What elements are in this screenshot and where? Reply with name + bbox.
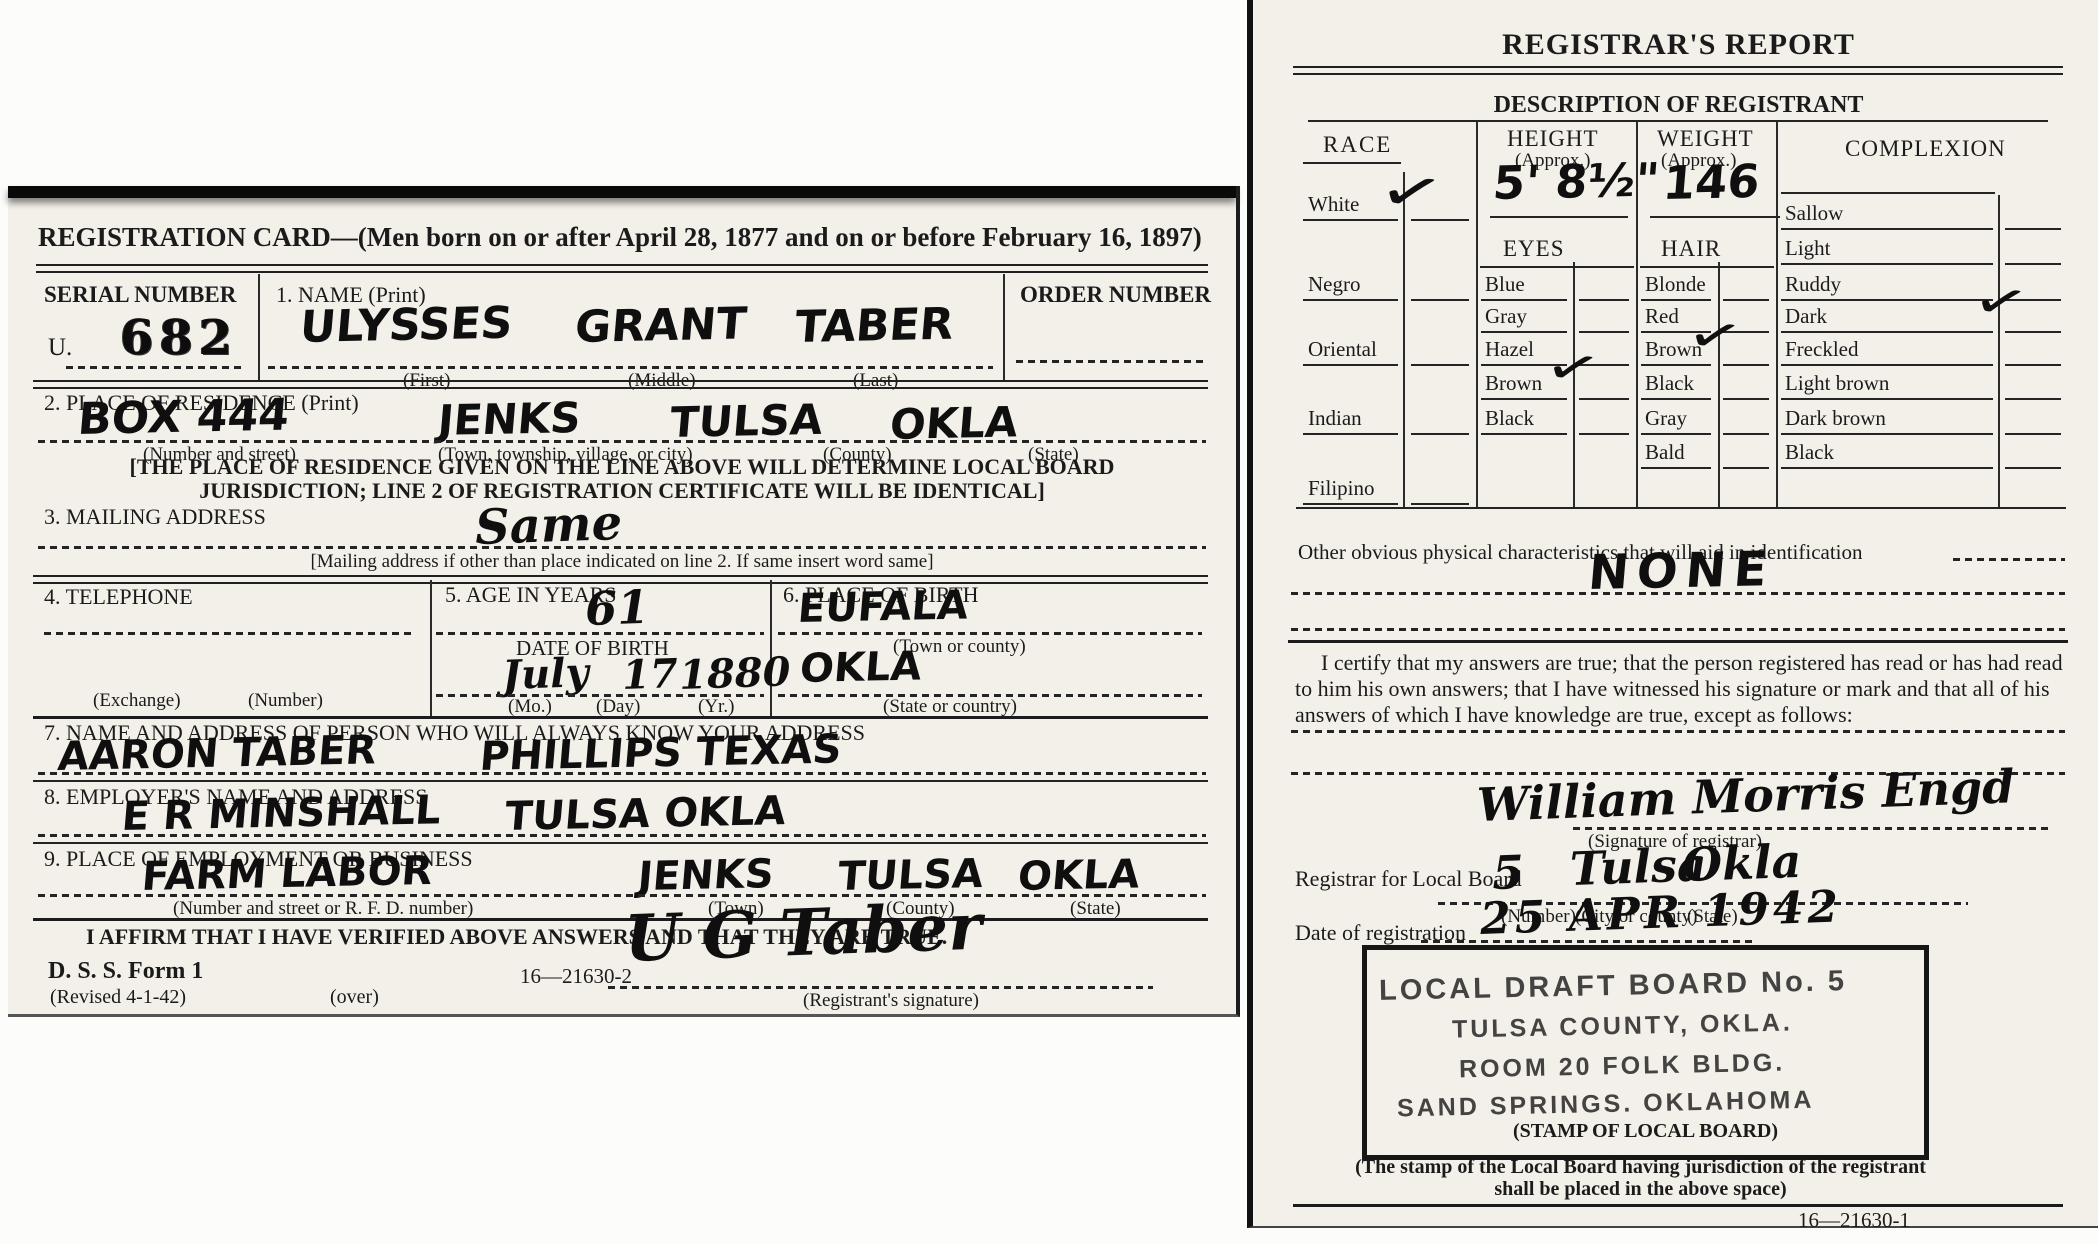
- complexion-option-sallow: Sallow: [1785, 201, 1843, 226]
- rule: [1723, 299, 1769, 301]
- complexion-header: COMPLEXION: [1845, 136, 2006, 162]
- local-board-stamp-box: LOCAL DRAFT BOARD No. 5 TULSA COUNTY, OK…: [1362, 945, 1929, 1160]
- rule: [36, 264, 1208, 273]
- dob-day-value: 17: [621, 650, 678, 699]
- rule: [1781, 192, 1995, 194]
- race-header: RACE: [1323, 132, 1392, 158]
- employment-place-value: FARM LABOR: [140, 848, 434, 900]
- rule: [38, 440, 1206, 443]
- rule: [1781, 331, 1993, 333]
- race-option-indian: Indian: [1308, 406, 1362, 431]
- rule: [1718, 262, 1720, 507]
- employer-name-value: E R MINSHALL: [120, 787, 443, 840]
- rule: [1296, 507, 2066, 509]
- complexion-option-light-brown: Light brown: [1785, 371, 1889, 396]
- rule: [2005, 228, 2061, 230]
- registrars-report-card: REGISTRAR'S REPORT DESCRIPTION OF REGIST…: [1247, 0, 2098, 1228]
- race-option-white: White: [1308, 192, 1359, 217]
- registration-card: REGISTRATION CARD—(Men born on or after …: [8, 186, 1240, 1017]
- rule: [33, 780, 1208, 782]
- rule: [33, 716, 1208, 719]
- rule: [1421, 940, 1753, 943]
- complexion-option-dark-brown: Dark brown: [1785, 406, 1886, 431]
- rule: [1303, 503, 1398, 505]
- rule: [1411, 299, 1469, 301]
- rule: [2005, 433, 2061, 435]
- stamp-line-2: TULSA COUNTY, OKLA.: [1452, 1008, 1793, 1044]
- rule: [38, 546, 1206, 549]
- rule: [33, 918, 1208, 921]
- rule: [1776, 122, 1778, 507]
- form-name: D. S. S. Form 1: [48, 958, 203, 985]
- check-icon-hair-brown: ✓: [1682, 307, 1748, 364]
- rule: [1476, 122, 1478, 507]
- rule: [1641, 364, 1711, 366]
- stamp-line-1: LOCAL DRAFT BOARD No. 5: [1379, 965, 1848, 1008]
- rule: [1481, 331, 1567, 333]
- rule: [1303, 433, 1398, 435]
- rule: [1293, 1204, 2063, 1207]
- stamp-caption: (STAMP OF LOCAL BOARD): [1367, 1120, 1924, 1143]
- weight-header: WEIGHT: [1657, 126, 1754, 152]
- stamp-line-3: ROOM 20 FOLK BLDG.: [1459, 1049, 1786, 1085]
- jurisdiction-note-line2: JURISDICTION; LINE 2 OF REGISTRATION CER…: [8, 478, 1236, 504]
- rule: [268, 366, 993, 369]
- form-code-back: 16—21630-1: [1798, 1208, 1910, 1233]
- employment-town-value: JENKS: [636, 851, 776, 900]
- rule: [1641, 299, 1711, 301]
- residence-town-value: JENKS: [436, 393, 583, 445]
- serial-prefix: U.: [48, 334, 72, 362]
- complexion-option-ruddy: Ruddy: [1785, 272, 1841, 297]
- telephone-label: 4. TELEPHONE: [44, 584, 193, 610]
- rule: [2005, 364, 2061, 366]
- race-option-filipino: Filipino: [1308, 476, 1375, 501]
- stamp-line-4: SAND SPRINGS. OKLAHOMA: [1397, 1086, 1815, 1124]
- race-option-oriental: Oriental: [1308, 337, 1377, 362]
- scan-edge-top: [8, 186, 1236, 198]
- jurisdiction-note-line1: [THE PLACE OF RESIDENCE GIVEN ON THE LIN…: [8, 454, 1236, 480]
- serial-number-value: 682: [120, 310, 238, 366]
- rule: [1640, 266, 1774, 268]
- rule: [1303, 364, 1398, 366]
- order-number-label: ORDER NUMBER: [1020, 282, 1211, 308]
- rule: [778, 632, 1202, 635]
- employment-sub-state: (State): [1070, 898, 1121, 920]
- mailing-address-label: 3. MAILING ADDRESS: [44, 504, 266, 530]
- complexion-option-dark: Dark: [1785, 304, 1827, 329]
- birthplace-state-value: OKLA: [798, 643, 924, 692]
- rule: [33, 842, 1208, 844]
- rule: [608, 986, 1153, 989]
- birthplace-town-value: EUFALA: [796, 582, 970, 632]
- complexion-option-light: Light: [1785, 236, 1831, 261]
- stamp-note-line1: (The stamp of the Local Board having jur…: [1318, 1156, 1963, 1179]
- rule: [1411, 503, 1469, 505]
- dob-sub-month: (Mo.): [508, 696, 552, 718]
- rule: [2005, 467, 2061, 469]
- local-board-label: Registrar for Local Board: [1295, 866, 1522, 892]
- hair-option-blonde: Blonde: [1645, 272, 1706, 297]
- rule: [1781, 228, 1993, 230]
- rule: [436, 632, 764, 635]
- rule: [1723, 467, 1769, 469]
- rule: [1003, 274, 1005, 382]
- rule: [1291, 730, 2065, 733]
- rule: [1781, 398, 1993, 400]
- hair-header: HAIR: [1661, 236, 1721, 262]
- rule: [1411, 364, 1469, 366]
- rule: [1579, 331, 1629, 333]
- employment-sub-place: (Number and street or R. F. D. number): [173, 898, 473, 920]
- rule: [38, 834, 1206, 837]
- rule: [1490, 216, 1628, 218]
- rule: [38, 772, 1206, 775]
- eye-option-hazel: Hazel: [1485, 337, 1534, 362]
- rule: [2005, 398, 2061, 400]
- rule: [1308, 120, 2048, 122]
- registration-date-value: 25 APR 1942: [1479, 881, 1843, 945]
- rule: [1481, 433, 1567, 435]
- birthplace-sub-state: (State or country): [883, 696, 1017, 718]
- rule: [44, 632, 416, 635]
- hair-option-gray: Gray: [1645, 406, 1687, 431]
- rule: [1481, 398, 1567, 400]
- rule: [1291, 628, 2065, 631]
- eye-option-gray: Gray: [1485, 304, 1527, 329]
- telephone-sub-exchange: (Exchange): [93, 690, 181, 712]
- certification-text: I certify that my answers are true; that…: [1295, 650, 2067, 728]
- rule: [1998, 195, 2000, 507]
- form-revised: (Revised 4-1-42): [50, 986, 186, 1009]
- check-icon-eyes-brown: ✓: [1540, 339, 1606, 396]
- rule: [1303, 299, 1398, 301]
- card-title: REGISTRATION CARD—(Men born on or after …: [38, 222, 1202, 253]
- check-icon-complexion-dark: ✓: [1968, 273, 2034, 330]
- check-icon-race-white: ✓: [1373, 160, 1450, 227]
- hair-option-red: Red: [1645, 304, 1679, 329]
- rule: [1579, 433, 1629, 435]
- serial-number-label: SERIAL NUMBER: [44, 282, 236, 308]
- rule: [1481, 299, 1567, 301]
- hair-option-black: Black: [1645, 371, 1694, 396]
- rule: [1480, 266, 1634, 268]
- rule: [38, 894, 1206, 897]
- rule: [1781, 263, 1993, 265]
- rule: [1781, 364, 1993, 366]
- eye-option-black: Black: [1485, 406, 1534, 431]
- rule: [1641, 467, 1711, 469]
- employment-state-value: OKLA: [1016, 851, 1142, 900]
- residence-street-value: BOX 444: [76, 390, 291, 445]
- dob-sub-day: (Day): [596, 696, 640, 718]
- rule: [33, 380, 1208, 389]
- form-over: (over): [330, 986, 379, 1009]
- rule: [1291, 592, 2065, 595]
- employer-address-value: TULSA OKLA: [503, 788, 788, 840]
- height-value: 5' 8½": [1491, 153, 1662, 210]
- rule: [1288, 640, 2068, 643]
- eye-option-brown: Brown: [1485, 371, 1542, 396]
- stamp-note-line2: shall be placed in the above space): [1318, 1178, 1963, 1201]
- rule: [1411, 433, 1469, 435]
- rule: [1781, 467, 1993, 469]
- height-header: HEIGHT: [1507, 126, 1599, 152]
- rule: [1293, 66, 2063, 75]
- rule: [1573, 827, 2053, 830]
- hair-option-bald: Bald: [1645, 440, 1685, 465]
- rule: [2005, 263, 2061, 265]
- name-middle-value: GRANT: [573, 298, 749, 353]
- registrant-signature-sub: (Registrant's signature): [803, 990, 979, 1012]
- rule: [1579, 299, 1629, 301]
- registrar-signature: William Morris Engd: [1476, 759, 2015, 832]
- rule: [1723, 398, 1769, 400]
- rule: [1781, 433, 1993, 435]
- name-last-value: TABER: [793, 299, 956, 353]
- rule: [66, 366, 246, 369]
- rule: [1641, 433, 1711, 435]
- registrant-signature: U G Taber: [623, 890, 983, 977]
- report-title: REGISTRAR'S REPORT: [1253, 28, 2098, 62]
- rule: [1650, 216, 1780, 218]
- mailing-address-note: [Mailing address if other than place ind…: [8, 551, 1236, 573]
- rule: [1723, 433, 1769, 435]
- race-option-negro: Negro: [1308, 272, 1360, 297]
- rule: [1781, 299, 1993, 301]
- weight-value: 146: [1661, 154, 1762, 210]
- dob-year-value: 1880: [678, 648, 791, 699]
- age-value: 61: [584, 580, 650, 636]
- rule: [430, 580, 432, 716]
- complexion-option-freckled: Freckled: [1785, 337, 1858, 362]
- rule: [1016, 360, 1204, 363]
- scanned-draft-cards: REGISTRATION CARD—(Men born on or after …: [0, 0, 2098, 1244]
- telephone-sub-number: (Number): [248, 690, 323, 712]
- eye-option-blue: Blue: [1485, 272, 1525, 297]
- report-subtitle: DESCRIPTION OF REGISTRANT: [1253, 92, 2098, 119]
- complexion-option-black: Black: [1785, 440, 1834, 465]
- rule: [258, 274, 260, 382]
- dob-month-value: July: [501, 649, 589, 699]
- form-code-front: 16—21630-2: [520, 964, 632, 989]
- rule: [1641, 398, 1711, 400]
- dob-sub-year: (Yr.): [698, 696, 734, 718]
- name-first-value: ULYSSES: [298, 298, 515, 353]
- eyes-header: EYES: [1503, 236, 1565, 262]
